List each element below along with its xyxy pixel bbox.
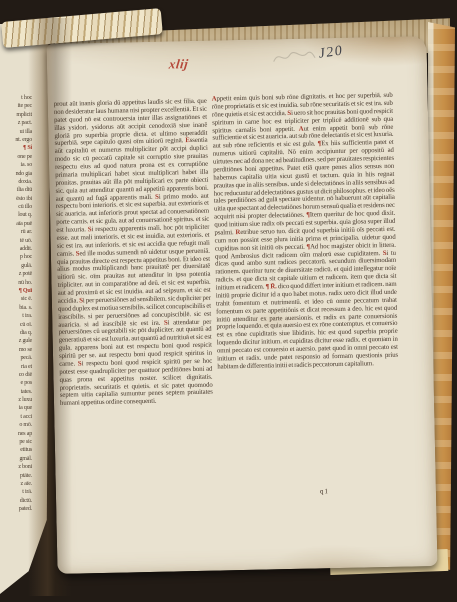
facing-line-fragment: pated. [2,505,32,513]
facing-line-fragment: aīa puē [2,220,32,228]
facing-line-fragment: ¶ Quī [2,287,32,295]
facing-line-fragment: gulā. [2,262,32,270]
facing-line-fragment: ilia diū [2,186,32,194]
facing-line-fragment: ia. so [2,161,32,169]
facing-line-fragment: z potē [2,270,32,278]
facing-line-fragment: mo se [2,346,32,354]
left-column-text: prout aūt inanis gloria dū appetitus lau… [54,98,215,491]
facing-line-fragment: ¶ Si [2,144,32,152]
facing-page-text-fragments: t hocite pecmplicitz pact.ui illant. erg… [2,94,32,544]
manuscript-page: xlij J20 prout aūt inanis gloria dū appe… [46,36,437,574]
facing-line-fragment: z gule [2,337,32,345]
facing-line-fragment: co diē [2,371,32,379]
facing-line-fragment: z luxu [2,396,32,404]
facing-line-fragment: cū oī. [2,321,32,329]
facing-line-fragment: t ira. [2,312,32,320]
facing-line-fragment: ite pec [2,102,32,110]
facing-line-fragment: cū illo [2,203,32,211]
facing-line-fragment: nes ap [2,430,32,438]
shelfmark-annotation: J20 [318,43,345,62]
facing-line-fragment: gmāl. [2,455,32,463]
right-column-text: Appetit enim quis boni sub rōne dignitat… [212,92,401,490]
facing-line-fragment: z aīe. [2,480,32,488]
rubric-mark: ¶ R̄. [266,283,277,290]
facing-line-fragment: e pos [2,379,32,387]
facing-line-fragment: pecā. [2,354,32,362]
body-text-run: dico quod differt inter initium et radic… [216,281,398,371]
facing-line-fragment: o mō. [2,421,32,429]
pencil-scribble [271,46,317,67]
folio-number: xlij [168,56,189,72]
facing-line-fragment: ia que [2,404,32,412]
facing-line-fragment: ēsio ibi [2,195,32,203]
facing-line-fragment: ptāte. [2,472,32,480]
facing-line-fragment: pe sic [2,438,32,446]
facing-line-fragment: t hoc [2,94,32,102]
facing-line-fragment: lout q. [2,211,32,219]
facing-line-fragment: mplicit [2,111,32,119]
quire-signature: q1 [320,487,329,495]
facing-line-fragment: one pe [2,153,32,161]
facing-line-fragment: ria et [2,363,32,371]
body-text-run: Ex hiis sufficientia patet et numerus ui… [213,139,395,221]
facing-line-fragment: etitus [2,446,32,454]
facing-line-fragment: dia q. [2,329,32,337]
facing-page-sliver: t hocite pecmplicitz pact.ui illant. erg… [0,24,52,594]
facing-line-fragment: rū ar. [2,228,32,236]
book-photo: t hocite pecmplicitz pact.ui illant. erg… [0,0,457,602]
body-text-run: i respectu boni quod respicit spiritū pe… [59,358,213,408]
facing-line-fragment: z pact. [2,119,32,127]
facing-line-fragment: z boni [2,463,32,471]
facing-line-fragment: ui illa [2,128,32,136]
facing-line-fragment: tates. [2,388,32,396]
facing-line-fragment: bia. s. [2,304,32,312]
facing-line-fragment: t acci [2,413,32,421]
facing-line-fragment: nū ho. [2,279,32,287]
facing-line-fragment: ndo gia [2,170,32,178]
facing-line-fragment: sic ē. [2,295,32,303]
facing-line-fragment: p hoc [2,253,32,261]
facing-line-fragment: tē uō. [2,237,32,245]
facing-line-fragment: t irā. [2,488,32,496]
facing-line-fragment: dictū. [2,497,32,505]
facing-line-fragment: addit. [2,245,32,253]
facing-line-fragment: doxia. [2,178,32,186]
facing-line-fragment: nt. ergo [2,136,32,144]
